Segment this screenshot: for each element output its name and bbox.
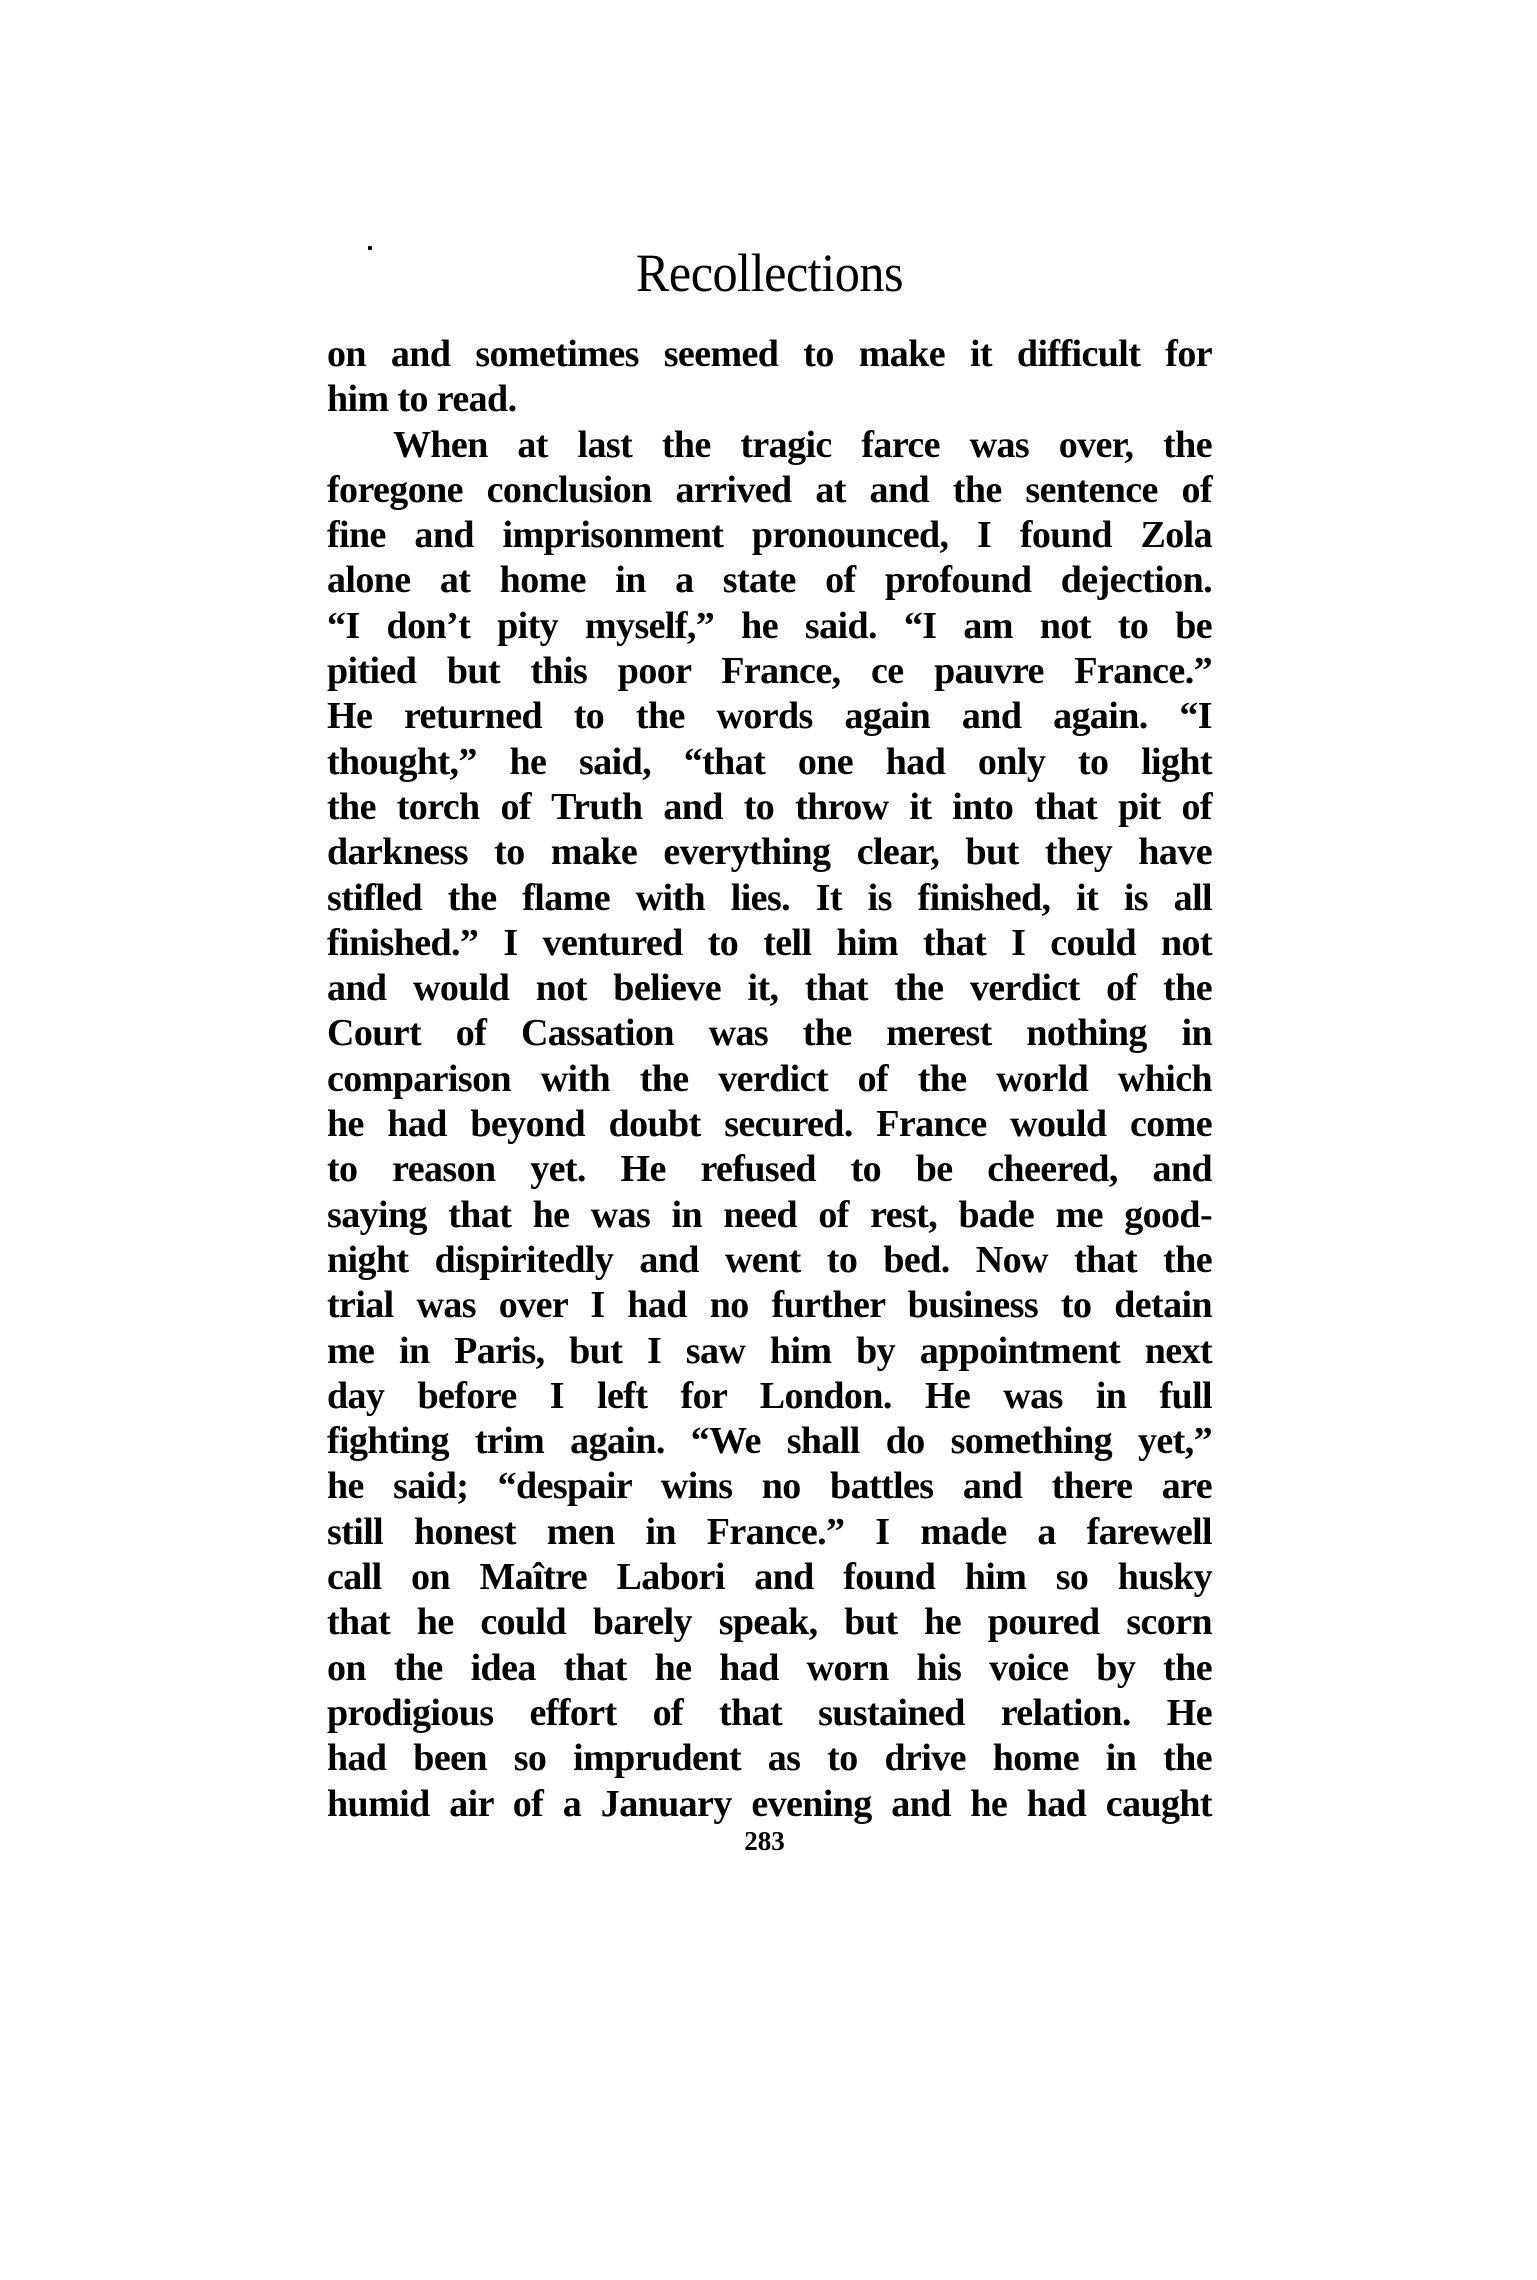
- text-line: and would not believe it, that the verdi…: [327, 966, 1212, 1011]
- text-line: “I don’t pity myself,” he said. “I am no…: [327, 604, 1212, 649]
- text-line: fighting trim again. “We shall do someth…: [327, 1419, 1212, 1464]
- text-line: to reason yet. He refused to be cheered,…: [327, 1147, 1212, 1192]
- body-text: on and sometimes seemed to make it diffi…: [327, 332, 1212, 1827]
- text-line: had been so imprudent as to drive home i…: [327, 1736, 1212, 1781]
- text-line: me in Paris, but I saw him by appointmen…: [327, 1329, 1212, 1374]
- text-line: prodigious effort of that sustained rela…: [327, 1691, 1212, 1736]
- text-line: fine and imprisonment pronounced, I foun…: [327, 513, 1212, 558]
- text-line: call on Maître Labori and found him so h…: [327, 1555, 1212, 1600]
- running-head: Recollections: [358, 238, 1181, 308]
- text-line: saying that he was in need of rest, bade…: [327, 1193, 1212, 1238]
- text-line: He returned to the words again and again…: [327, 694, 1212, 739]
- text-line: him to read.: [327, 377, 1212, 422]
- text-line: still honest men in France.” I made a fa…: [327, 1510, 1212, 1555]
- text-line: he had beyond doubt secured. France woul…: [327, 1102, 1212, 1147]
- text-line: that he could barely speak, but he poure…: [327, 1600, 1212, 1645]
- page-number: 283: [327, 1826, 1212, 1856]
- text-line: pitied but this poor France, ce pauvre F…: [327, 649, 1212, 694]
- text-line: the torch of Truth and to throw it into …: [327, 785, 1212, 830]
- text-line: on the idea that he had worn his voice b…: [327, 1646, 1212, 1691]
- text-line: night dispiritedly and went to bed. Now …: [327, 1238, 1212, 1283]
- text-line: trial was over I had no further business…: [327, 1283, 1212, 1328]
- text-line: When at last the tragic farce was over, …: [327, 423, 1212, 468]
- text-line: Court of Cassation was the merest nothin…: [327, 1011, 1212, 1056]
- text-line: foregone conclusion arrived at and the s…: [327, 468, 1212, 513]
- text-line: stifled the flame with lies. It is finis…: [327, 876, 1212, 921]
- text-line: comparison with the verdict of the world…: [327, 1057, 1212, 1102]
- text-line: he said; “despair wins no battles and th…: [327, 1464, 1212, 1509]
- text-line: day before I left for London. He was in …: [327, 1374, 1212, 1419]
- text-line: finished.” I ventured to tell him that I…: [327, 921, 1212, 966]
- text-line: alone at home in a state of profound dej…: [327, 558, 1212, 603]
- text-line: humid air of a January evening and he ha…: [327, 1782, 1212, 1827]
- book-page: Recollections on and sometimes seemed to…: [0, 0, 1537, 2280]
- text-line: thought,” he said, “that one had only to…: [327, 740, 1212, 785]
- text-line: on and sometimes seemed to make it diffi…: [327, 332, 1212, 377]
- text-line: darkness to make everything clear, but t…: [327, 830, 1212, 875]
